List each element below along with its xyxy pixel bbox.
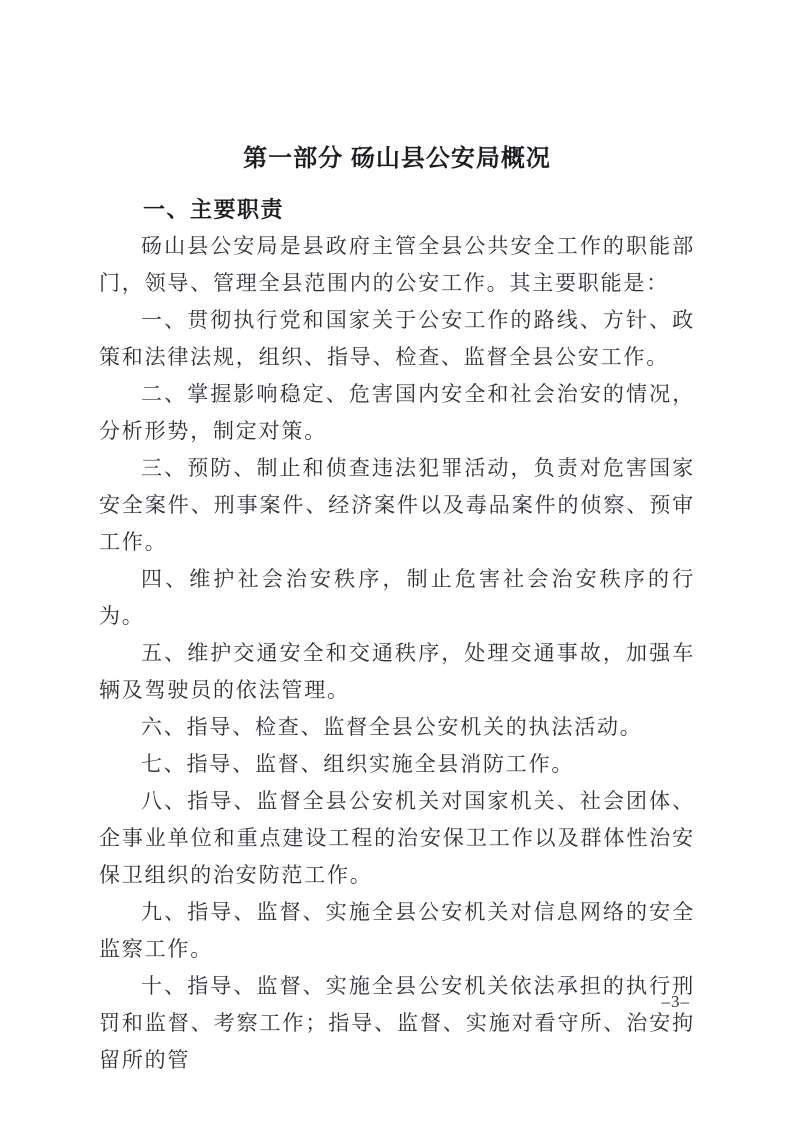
body-paragraph: 三、预防、制止和侦查违法犯罪活动，负责对危害国家安全案件、刑事案件、经济案件以及…: [99, 450, 695, 561]
section-heading: 一、主要职责: [99, 196, 695, 224]
page-number: –3–: [662, 992, 691, 1012]
document-title: 第一部分 砀山县公安局概况: [99, 144, 695, 174]
body-paragraph: 九、指导、监督、实施全县公安机关对信息网络的安全监察工作。: [99, 894, 695, 968]
paragraph-list: 砀山县公安局是县政府主管全县公共安全工作的职能部门，领导、管理全县范围内的公安工…: [99, 228, 695, 1079]
body-paragraph: 一、贯彻执行党和国家关于公安工作的路线、方针、政策和法律法规，组织、指导、检查、…: [99, 302, 695, 376]
body-paragraph: 五、维护交通安全和交通秩序，处理交通事故，加强车辆及驾驶员的依法管理。: [99, 635, 695, 709]
document-page: 第一部分 砀山县公安局概况 一、主要职责 砀山县公安局是县政府主管全县公共安全工…: [0, 0, 793, 1122]
body-paragraph: 六、指导、检查、监督全县公安机关的执法活动。: [99, 709, 695, 746]
body-paragraph: 四、维护社会治安秩序，制止危害社会治安秩序的行为。: [99, 561, 695, 635]
document-content: 第一部分 砀山县公安局概况 一、主要职责 砀山县公安局是县政府主管全县公共安全工…: [99, 144, 695, 1079]
body-paragraph: 砀山县公安局是县政府主管全县公共安全工作的职能部门，领导、管理全县范围内的公安工…: [99, 228, 695, 302]
body-paragraph: 二、掌握影响稳定、危害国内安全和社会治安的情况，分析形势，制定对策。: [99, 376, 695, 450]
body-paragraph: 八、指导、监督全县公安机关对国家机关、社会团体、企事业单位和重点建设工程的治安保…: [99, 783, 695, 894]
body-paragraph: 十、指导、监督、实施全县公安机关依法承担的执行刑罚和监督、考察工作；指导、监督、…: [99, 968, 695, 1079]
body-paragraph: 七、指导、监督、组织实施全县消防工作。: [99, 746, 695, 783]
